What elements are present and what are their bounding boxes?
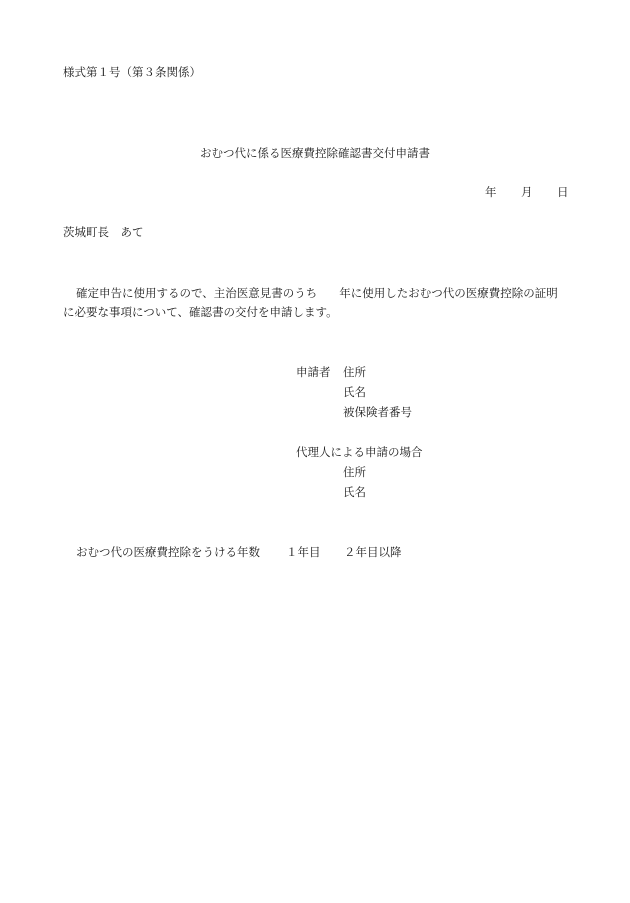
addressee: 茨城町長 あて xyxy=(63,227,144,239)
date-year-label: 年 xyxy=(485,187,497,199)
proxy-name-label: 氏名 xyxy=(343,487,366,499)
proxy-address-label: 住所 xyxy=(343,467,366,479)
body-text-line-1: 確定申告に使用するので、主治医意見書のうち年に使用したおむつ代の医療費控除の証明 xyxy=(76,288,558,300)
document-title: おむつ代に係る医療費控除確認書交付申請書 xyxy=(200,148,430,160)
body-text-line-2: に必要な事項について、確認書の交付を申請します。 xyxy=(63,307,338,319)
deduction-years-option-first: １年目 xyxy=(286,547,321,559)
deduction-years-option-second-or-later: ２年目以降 xyxy=(344,547,402,559)
proxy-section-label: 代理人による申請の場合 xyxy=(296,447,423,459)
applicant-address-label: 住所 xyxy=(343,367,366,379)
date-day-label: 日 xyxy=(557,187,569,199)
body-text-part-1: 確定申告に使用するので、主治医意見書のうち xyxy=(76,286,317,300)
deduction-years-label: おむつ代の医療費控除をうける年数 xyxy=(76,547,260,559)
form-number: 様式第１号（第３条関係） xyxy=(63,67,201,79)
date-month-label: 月 xyxy=(521,187,533,199)
applicant-name-label: 氏名 xyxy=(343,387,366,399)
applicant-insured-number-label: 被保険者番号 xyxy=(343,407,412,419)
applicant-label: 申請者 xyxy=(296,367,331,379)
body-text-part-2: 年に使用したおむつ代の医療費控除の証明 xyxy=(339,286,558,300)
